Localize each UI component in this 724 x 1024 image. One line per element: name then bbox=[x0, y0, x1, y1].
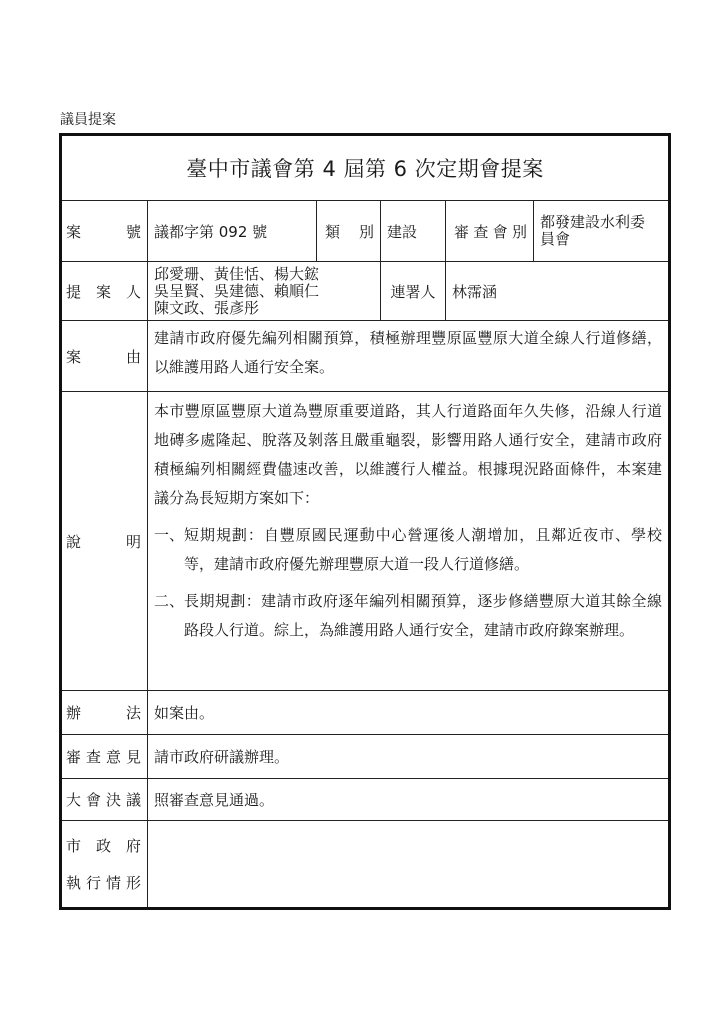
explanation-body: 本市豐原區豐原大道為豐原重要道路，其人行道路面年久失修，沿線人行道地磚多處隆起、… bbox=[148, 392, 668, 690]
label-char: 別 bbox=[359, 221, 374, 242]
label-char: 見 bbox=[126, 746, 141, 767]
explanation-item-2: 二、 長期規劃：建請市政府逐年編列相關預算，逐步修繕豐原大道其餘全線路段人行道。… bbox=[154, 587, 662, 645]
label-char: 明 bbox=[126, 531, 141, 552]
case-no-value: 議都字第 092 號 bbox=[148, 201, 317, 261]
explanation-item-1: 一、 短期規劃：自豐原國民運動中心營運後人潮增加，且鄰近夜市、學校等，建請市政府… bbox=[154, 521, 662, 579]
name-line: 陳文政、張彥彤 bbox=[154, 300, 259, 317]
review-committee-value: 都發建設水利委 員會 bbox=[534, 201, 668, 261]
label-char: 執 bbox=[66, 872, 81, 893]
label-char: 會 bbox=[493, 221, 508, 242]
proposer-names: 邱愛珊、黃佳恬、楊大鋐 吳呈賢、吳建德、賴順仁 陳文政、張彥彤 bbox=[148, 262, 381, 320]
label-char: 意 bbox=[106, 746, 121, 767]
case-no-label: 案 號 bbox=[62, 201, 148, 261]
name-line: 邱愛珊、黃佳恬、楊大鋐 bbox=[154, 266, 319, 283]
label-char: 政 bbox=[96, 835, 111, 856]
reason-text: 建請市政府優先編列相關預算，積極辦理豐原區豐原大道全線人行道修繕，以維護用路人通… bbox=[148, 321, 668, 391]
label-char: 說 bbox=[66, 531, 81, 552]
explanation-intro: 本市豐原區豐原大道為豐原重要道路，其人行道路面年久失修，沿線人行道地磚多處隆起、… bbox=[154, 397, 662, 513]
review-opinion-label: 審 查 意 見 bbox=[62, 735, 148, 778]
proposal-form: 臺中市議會第 4 屆第 6 次定期會提案 案 號 議都字第 092 號 類 別 … bbox=[59, 133, 671, 910]
item-text: 長期規劃：建請市政府逐年編列相關預算，逐步修繕豐原大道其餘全線路段人行道。綜上，… bbox=[184, 587, 662, 645]
label-char: 案 bbox=[66, 221, 81, 242]
label-char: 別 bbox=[512, 221, 527, 242]
label-char: 議 bbox=[126, 789, 141, 810]
review-committee-label: 審 查 會 別 bbox=[446, 201, 534, 261]
label-char: 類 bbox=[325, 221, 340, 242]
explanation-label: 說 明 bbox=[62, 392, 148, 690]
label-char: 提 bbox=[66, 281, 81, 302]
name-line: 吳呈賢、吳建德、賴順仁 bbox=[154, 283, 319, 300]
execution-label-line1: 市 政 府 bbox=[66, 835, 141, 856]
category-value: 建設 bbox=[381, 201, 446, 261]
label-char: 情 bbox=[106, 872, 121, 893]
item-number: 二、 bbox=[154, 587, 184, 645]
item-text: 短期規劃：自豐原國民運動中心營運後人潮增加，且鄰近夜市、學校等，建請市政府優先辦… bbox=[184, 521, 662, 579]
method-label: 辦 法 bbox=[62, 691, 148, 734]
form-title: 臺中市議會第 4 屆第 6 次定期會提案 bbox=[62, 136, 668, 200]
title-row: 臺中市議會第 4 屆第 6 次定期會提案 bbox=[62, 136, 668, 201]
value-line: 都發建設水利委 bbox=[540, 214, 645, 231]
label-char: 人 bbox=[126, 281, 141, 302]
reason-row: 案 由 建請市政府優先編列相關預算，積極辦理豐原區豐原大道全線人行道修繕，以維護… bbox=[62, 321, 668, 392]
explanation-row: 說 明 本市豐原區豐原大道為豐原重要道路，其人行道路面年久失修，沿線人行道地磚多… bbox=[62, 392, 668, 691]
label-char: 決 bbox=[106, 789, 121, 810]
resolution-row: 大 會 決 議 照審查意見通過。 bbox=[62, 779, 668, 821]
cosigner-value: 林霈涵 bbox=[446, 262, 668, 320]
label-char: 行 bbox=[86, 872, 101, 893]
execution-row: 市 政 府 執 行 情 形 bbox=[62, 821, 668, 907]
proposer-label: 提 案 人 bbox=[62, 262, 148, 320]
proposer-row: 提 案 人 邱愛珊、黃佳恬、楊大鋐 吳呈賢、吳建德、賴順仁 陳文政、張彥彤 連署… bbox=[62, 262, 668, 321]
label-char: 案 bbox=[66, 346, 81, 367]
label-char: 府 bbox=[126, 835, 141, 856]
label-char: 大 bbox=[66, 789, 81, 810]
label-char: 案 bbox=[96, 281, 111, 302]
label-char: 查 bbox=[473, 221, 488, 242]
review-opinion-value: 請市政府研議辦理。 bbox=[148, 735, 668, 778]
review-opinion-row: 審 查 意 見 請市政府研議辦理。 bbox=[62, 735, 668, 779]
label-char: 辦 bbox=[66, 702, 81, 723]
label-char: 法 bbox=[126, 702, 141, 723]
label-char: 形 bbox=[126, 872, 141, 893]
execution-label-line2: 執 行 情 形 bbox=[66, 872, 141, 893]
label-char: 由 bbox=[126, 346, 141, 367]
label-char: 審 bbox=[66, 746, 81, 767]
label-char: 市 bbox=[66, 835, 81, 856]
value-line: 員會 bbox=[540, 231, 570, 248]
execution-label: 市 政 府 執 行 情 形 bbox=[62, 821, 148, 907]
resolution-value: 照審查意見通過。 bbox=[148, 779, 668, 820]
cosigner-label: 連署人 bbox=[381, 262, 446, 320]
label-char: 會 bbox=[86, 789, 101, 810]
reason-label: 案 由 bbox=[62, 321, 148, 391]
method-row: 辦 法 如案由。 bbox=[62, 691, 668, 735]
case-info-row: 案 號 議都字第 092 號 類 別 建設 審 查 會 別 都發建設水利委 員會 bbox=[62, 201, 668, 262]
label-char: 審 bbox=[454, 221, 469, 242]
document-label: 議員提案 bbox=[60, 112, 116, 128]
execution-value bbox=[148, 821, 668, 907]
label-char: 號 bbox=[126, 221, 141, 242]
resolution-label: 大 會 決 議 bbox=[62, 779, 148, 820]
method-value: 如案由。 bbox=[148, 691, 668, 734]
category-label: 類 別 bbox=[317, 201, 381, 261]
label-char: 查 bbox=[86, 746, 101, 767]
item-number: 一、 bbox=[154, 521, 184, 579]
